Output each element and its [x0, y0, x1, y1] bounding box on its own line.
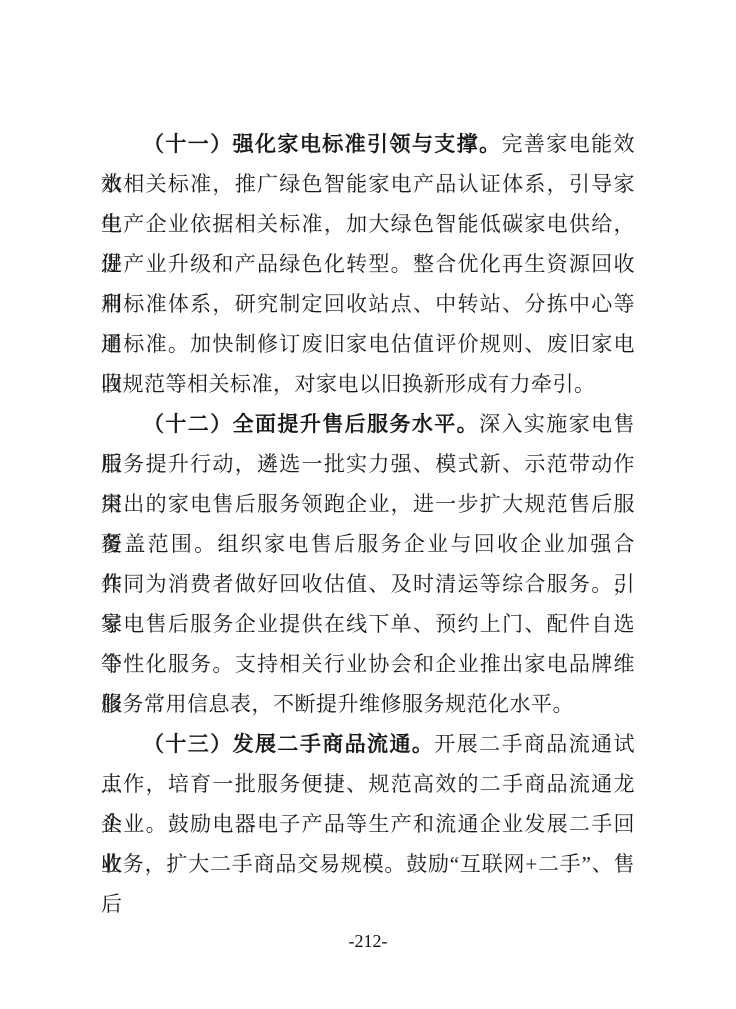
text-line: 服务常用信息表，不断提升维修服务规范化水平。: [101, 684, 635, 724]
text-line: （十三）发展二手商品流通。开展二手商品流通试点: [101, 724, 635, 764]
text-line: 业务，扩大二手商品交易规模。鼓励“互联网+二手”、售后: [101, 844, 635, 884]
section-heading: （十三）发展二手商品流通。: [143, 732, 434, 756]
text-line: （十二）全面提升售后服务水平。深入实施家电售后: [101, 404, 635, 444]
text-line: 用标准体系，研究制定回收站点、中转站、分拣中心等通: [101, 284, 635, 324]
text-line: 收规范等相关标准，对家电以旧换新形成有力牵引。: [101, 364, 635, 404]
text-line: 共同为消费者做好回收估值、及时清运等综合服务。引导: [101, 564, 635, 604]
section-heading: （十一）强化家电标准引领与支撑。: [143, 132, 501, 156]
text-line: （十一）强化家电标准引领与支撑。完善家电能效水: [101, 124, 635, 164]
text-line: 效相关标准，推广绿色智能家电产品认证体系，引导家电: [101, 164, 635, 204]
text-line: 覆盖范围。组织家电售后服务企业与回收企业加强合作，: [101, 524, 635, 564]
document-body: （十一）强化家电标准引领与支撑。完善家电能效水 效相关标准，推广绿色智能家电产品…: [101, 124, 635, 884]
text-line: 个性化服务。支持相关行业协会和企业推出家电品牌维修: [101, 644, 635, 684]
text-line: 用标准。加快制修订废旧家电估值评价规则、废旧家电回: [101, 324, 635, 364]
document-page: （十一）强化家电标准引领与支撑。完善家电能效水 效相关标准，推广绿色智能家电产品…: [0, 0, 736, 1009]
text-line: 家电售后服务企业提供在线下单、预约上门、配件自选等: [101, 604, 635, 644]
text-line: 突出的家电售后服务领跑企业，进一步扩大规范售后服务: [101, 484, 635, 524]
text-line: 工作，培育一批服务便捷、规范高效的二手商品流通龙头: [101, 764, 635, 804]
text-line: 进产业升级和产品绿色化转型。整合优化再生资源回收利: [101, 244, 635, 284]
text-line: 企业。鼓励电器电子产品等生产和流通企业发展二手回收: [101, 804, 635, 844]
text-line: 生产企业依据相关标准，加大绿色智能低碳家电供给，促: [101, 204, 635, 244]
page-number: -212-: [0, 929, 736, 953]
section-heading: （十二）全面提升售后服务水平。: [143, 412, 479, 436]
text-line: 服务提升行动，遴选一批实力强、模式新、示范带动作用: [101, 444, 635, 484]
